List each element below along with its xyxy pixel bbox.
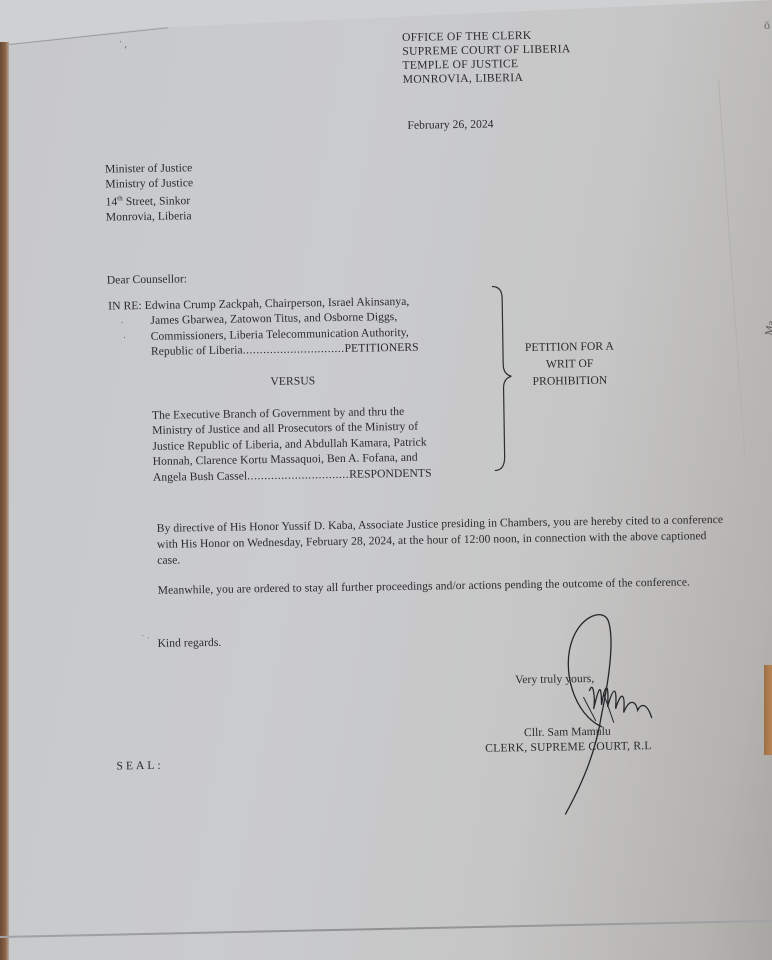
street-name: Street, Sinkor [123,195,191,209]
street-number: 14 [106,196,118,209]
adjacent-page-mark: ö [764,18,770,33]
recipient-title: Minister of Justice [105,160,193,177]
adjacent-page-mark: Ma [763,320,772,337]
letterhead-line: MONROVIA, LIBERIA [403,70,572,87]
recipient-address: Minister of Justice Ministry of Justice … [105,160,194,225]
petitioners-label: PETITIONERS [345,341,419,355]
letter-document: ˙ , OFFICE OF THE CLERK SUPREME COURT OF… [0,0,772,960]
stray-marks: ˙ , [119,37,127,52]
regards-line: Kind regards. [157,635,221,651]
dot-leader: .............................. [243,342,345,357]
seal-label: SEAL: [116,758,163,774]
dot-leader: .............................. [247,467,349,482]
versus-label: VERSUS [270,373,315,389]
letter-date: February 26, 2024 [407,116,493,132]
letterhead-line: SUPREME COURT OF LIBERIA [402,42,571,59]
recipient-city: Monrovia, Liberia [106,209,194,226]
petition-title: PETITION FOR A WRIT OF PROHIBITION [525,338,615,390]
caption-respondents: The Executive Branch of Government by an… [152,404,432,485]
stray-marks: · · [120,315,126,345]
handwritten-signature-icon [542,608,675,825]
recipient-ministry: Ministry of Justice [105,175,193,192]
caption-petitioners: IN RE: Edwina Crump Zackpah, Chairperson… [108,294,419,360]
body-paragraph-directive: By directive of His Honor Yussif D. Kaba… [113,512,733,570]
respondents-label: RESPONDENTS [349,466,432,480]
caption-brace-icon [490,284,523,474]
letterhead: OFFICE OF THE CLERK SUPREME COURT OF LIB… [402,28,571,87]
recipient-street: 14th Street, Sinkor [105,191,193,210]
salutation: Dear Counsellor: [107,271,188,287]
stray-marks: ˙ · [141,631,150,646]
body-paragraph-stay-order: Meanwhile, you are ordered to stay all f… [114,574,733,600]
in-re-label: IN RE: [108,299,142,313]
